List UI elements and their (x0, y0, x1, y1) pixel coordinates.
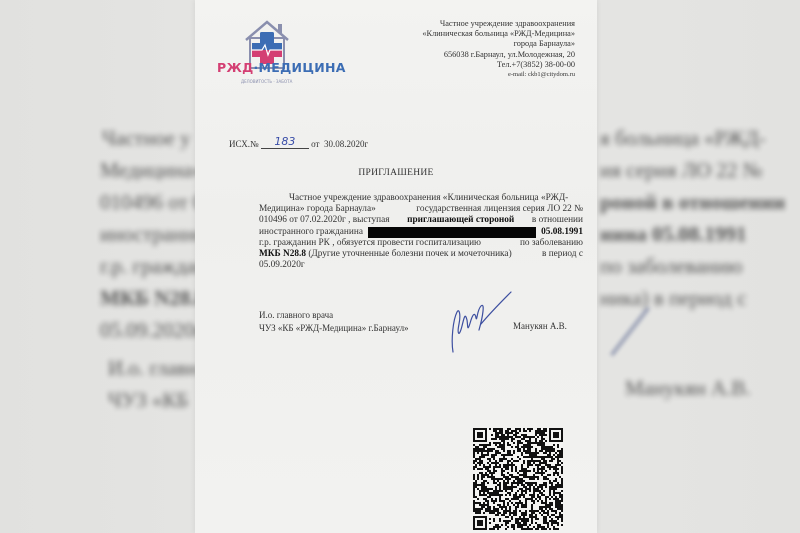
body-text: Частное учреждение здравоохранения «Клин… (289, 193, 568, 204)
outgoing-reference: ИСХ.№ 183 от 30.08.2020г (229, 137, 368, 151)
org-line: Частное учреждение здравоохранения (422, 19, 575, 29)
logo-wordmark-part2: ·МЕДИЦИНА (254, 60, 346, 75)
blurred-sign-right: Манукян А.В. (625, 372, 751, 404)
blurred-line: я больница «РЖД- (600, 122, 785, 154)
blurred-signature-stroke (610, 307, 649, 356)
body-text: государственная лицензия серия ЛО 22 № (416, 204, 583, 215)
reference-number-handwritten: 183 (261, 135, 309, 149)
body-line-2: Медицина» города Барнаула»государственна… (259, 204, 583, 215)
body-line-1: Частное учреждение здравоохранения «Клин… (259, 193, 583, 204)
org-line: «Клиническая больница «РЖД-Медицина» (422, 29, 575, 39)
blurred-line: по заболеванию (600, 250, 785, 282)
body-text: 010496 от 07.02.2020г , выступая (259, 215, 389, 226)
body-text: г.р. гражданин РК , обязуется провести г… (259, 238, 481, 249)
org-line: города Барнаула» (422, 39, 575, 49)
body-text: в период с (542, 249, 583, 260)
org-line: 656038 г.Барнаул, ул.Молодежная, 20 (422, 50, 575, 60)
logo-wordmark: РЖД·МЕДИЦИНА (217, 60, 346, 75)
blurred-line: нина 05.08.1991 (600, 218, 785, 250)
birth-date-bold: 05.08.1991 (541, 227, 583, 238)
logo-wordmark-part1: РЖД (217, 60, 254, 75)
body-text: иностранного гражданина (259, 227, 363, 238)
org-phone: Тел.+7(3852) 38-00-00 (422, 60, 575, 70)
signatory-name: Манукян А.В. (513, 321, 567, 331)
signatory-organization: ЧУЗ «КБ «РЖД-Медицина» г.Барнаул» (259, 322, 409, 335)
signatory-title: И.о. главного врача (259, 309, 409, 322)
inviting-party-bold: приглашающей стороной (407, 215, 514, 226)
body-line-3: 010496 от 07.02.2020г , выступаяприглаша… (259, 215, 583, 226)
body-line-6: МКБ N28.8 (Другие уточненные болезни поч… (259, 249, 583, 260)
document-title: ПРИГЛАШЕНИЕ (195, 168, 597, 178)
blurred-line: И.о. главн (108, 352, 198, 384)
signatory-role: И.о. главного врача ЧУЗ «КБ «РЖД-Медицин… (259, 309, 409, 335)
org-email: e-mail: ckb1@citydom.ru (422, 70, 575, 80)
blurred-line: ника) в период с (600, 282, 785, 314)
blurred-line: ия серия ЛО 22 № (600, 154, 785, 186)
body-text: по заболеванию (520, 238, 583, 249)
letter-body: Частное учреждение здравоохранения «Клин… (259, 193, 583, 271)
body-line-7: 05.09.2020г (259, 260, 583, 271)
icd-code-bold: МКБ N28.8 (259, 249, 306, 259)
logo-subtitle: ДЕЛОВИТОСТЬ · ЗАБОТА (241, 79, 292, 84)
reference-date-prefix: от (311, 139, 319, 149)
body-text: Медицина» города Барнаула» (259, 204, 376, 215)
blurred-text-right: я больница «РЖД- ия серия ЛО 22 № роной … (600, 122, 785, 314)
redacted-name-bar (368, 227, 536, 238)
reference-prefix: ИСХ.№ (229, 139, 259, 149)
start-date: 05.09.2020г (259, 260, 305, 271)
diagnosis-text: (Другие уточненные болезни почек и мочет… (308, 249, 511, 259)
blurred-sign-left: И.о. главн ЧУЗ «КБ (108, 352, 198, 416)
body-line-4: иностранного гражданина05.08.1991 (259, 227, 583, 238)
qr-code (473, 428, 563, 530)
blurred-line: ЧУЗ «КБ (108, 384, 198, 416)
blurred-line: роной в отношении (600, 186, 785, 218)
body-text: в отношении (532, 215, 583, 226)
reference-date: 30.08.2020г (324, 139, 368, 149)
organization-address-block: Частное учреждение здравоохранения «Клин… (422, 19, 575, 80)
body-line-5: г.р. гражданин РК , обязуется провести г… (259, 238, 583, 249)
handwritten-signature-icon (447, 290, 517, 360)
invitation-letter-page: РЖД·МЕДИЦИНА ДЕЛОВИТОСТЬ · ЗАБОТА Частно… (195, 0, 597, 533)
